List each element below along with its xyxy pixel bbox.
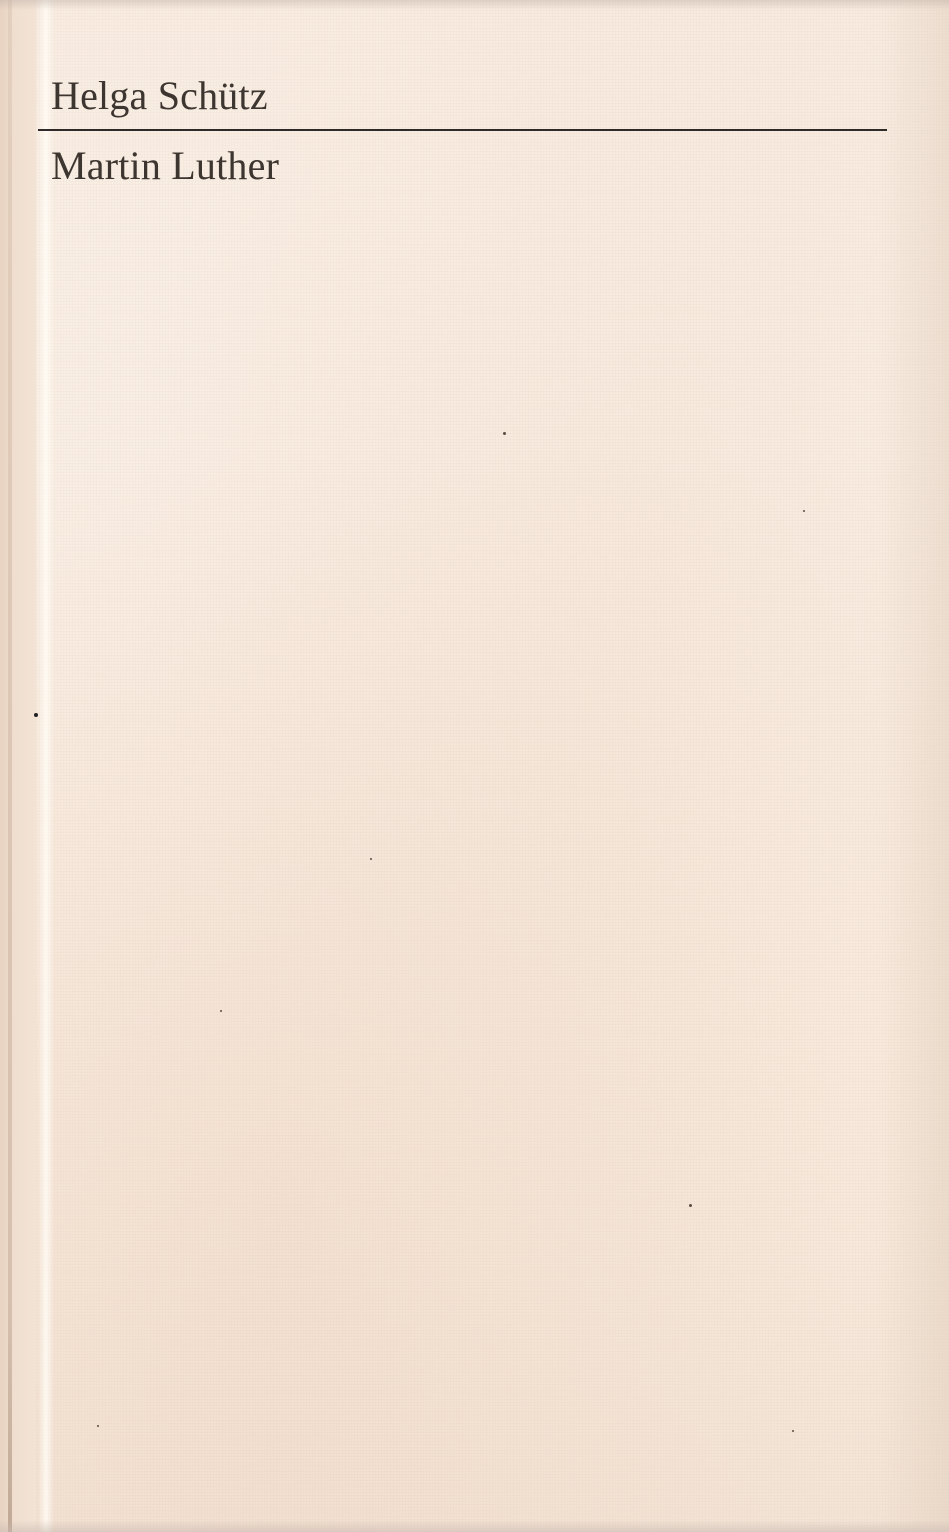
speck xyxy=(503,432,506,435)
speck xyxy=(689,1204,692,1207)
cloth-texture xyxy=(0,0,949,1532)
title-divider xyxy=(38,129,887,131)
speck xyxy=(97,1425,99,1427)
author-name: Helga Schütz xyxy=(51,72,268,120)
spine-hinge xyxy=(38,0,54,1532)
speck xyxy=(220,1010,222,1012)
book-title: Martin Luther xyxy=(51,142,279,190)
spine-edge xyxy=(0,0,36,1532)
bottom-edge-wear xyxy=(0,1520,949,1532)
top-edge-wear xyxy=(0,0,949,10)
speck xyxy=(34,713,38,717)
speck xyxy=(792,1430,794,1432)
speck xyxy=(803,510,805,512)
right-edge-shadow xyxy=(879,0,949,1532)
book-cover: Helga Schütz Martin Luther xyxy=(0,0,949,1532)
speck xyxy=(370,858,372,860)
spine-wear-line xyxy=(8,0,12,1532)
